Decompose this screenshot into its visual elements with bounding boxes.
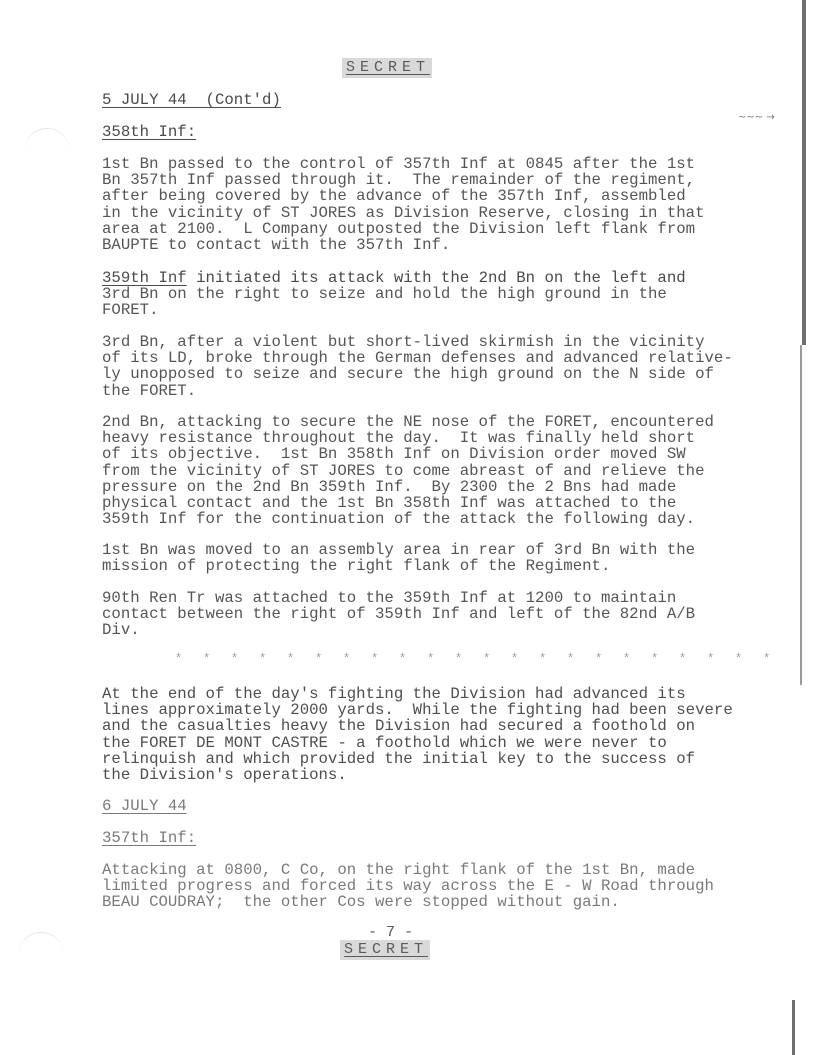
text-line: contact between the right of 359th Inf a… (102, 606, 695, 622)
unit-heading-357th: 357th Inf: (102, 830, 196, 846)
classification-header: SECRET (342, 58, 432, 78)
paragraph-359th-inf: 3rd Bn on the right to seize and hold th… (102, 286, 667, 318)
text-line: of its objective. 1st Bn 358th Inf on Di… (102, 446, 714, 462)
date-heading-6-july: 6 JULY 44 (102, 798, 187, 814)
text-line: heavy resistance throughout the day. It … (102, 430, 714, 446)
text-line: lines approximately 2000 yards. While th… (102, 702, 733, 718)
text-line: Bn 357th Inf passed through it. The rema… (102, 172, 705, 188)
text-line: relinquish and which provided the initia… (102, 751, 733, 767)
text-line: 1st Bn passed to the control of 357th In… (102, 156, 705, 172)
text-line: ly unopposed to seize and secure the hig… (102, 366, 733, 382)
text-line: BEAU COUDRAY; the other Cos were stopped… (102, 894, 714, 910)
text-line: the FORET DE MONT CASTRE - a foothold wh… (102, 735, 733, 751)
text-line: after being covered by the advance of th… (102, 188, 705, 204)
paragraph-1st-bn: 1st Bn was moved to an assembly area in … (102, 542, 695, 574)
text-line: 2nd Bn, attacking to secure the NE nose … (102, 414, 714, 430)
text-line: pressure on the 2nd Bn 359th Inf. By 230… (102, 479, 714, 495)
text-line: 1st Bn was moved to an assembly area in … (102, 542, 695, 558)
text-line: FORET. (102, 302, 667, 318)
date-heading-5-july: 5 JULY 44 (Cont'd) (102, 92, 281, 108)
punch-hole-top (24, 128, 70, 175)
paragraph-day-summary: At the end of the day's fighting the Div… (102, 686, 733, 783)
text-line: the FORET. (102, 383, 733, 399)
text-line: limited progress and forced its way acro… (102, 878, 714, 894)
text-line: BAUPTE to contact with the 357th Inf. (102, 237, 705, 253)
paragraph-359th-first-line: 359th Inf initiated its attack with the … (102, 270, 686, 286)
text-line: Div. (102, 622, 695, 638)
text-line: from the vicinity of ST JORES to come ab… (102, 463, 714, 479)
paragraph-357th-inf: Attacking at 0800, C Co, on the right fl… (102, 862, 714, 911)
paragraph-2nd-bn: 2nd Bn, attacking to secure the NE nose … (102, 414, 714, 527)
text-line: physical contact and the 1st Bn 358th In… (102, 495, 714, 511)
binding-edge-bar-faint (800, 345, 802, 685)
text-line: in the vicinity of ST JORES as Division … (102, 205, 705, 221)
punch-hole-bottom (18, 932, 64, 979)
text-line: 359th Inf for the continuation of the at… (102, 511, 714, 527)
text-line: At the end of the day's fighting the Div… (102, 686, 733, 702)
text-line: the Division's operations. (102, 767, 733, 783)
text-line: Attacking at 0800, C Co, on the right fl… (102, 862, 714, 878)
text-line: of its LD, broke through the German defe… (102, 350, 733, 366)
text-line: area at 2100. L Company outposted the Di… (102, 221, 705, 237)
text-line: 3rd Bn, after a violent but short-lived … (102, 334, 733, 350)
margin-mark: ~~~ → (738, 112, 775, 123)
text-line: mission of protecting the right flank of… (102, 558, 695, 574)
text-line: and the casualties heavy the Division ha… (102, 718, 733, 734)
section-separator: * * * * * * * * * * * * * * * * * * * * … (175, 652, 777, 666)
text-line: 90th Ren Tr was attached to the 359th In… (102, 590, 695, 606)
binding-edge-bar-bottom (792, 1000, 795, 1055)
paragraph-3rd-bn: 3rd Bn, after a violent but short-lived … (102, 334, 733, 399)
page-number: - 7 - (368, 924, 413, 941)
paragraph-90th-ren-tr: 90th Ren Tr was attached to the 359th In… (102, 590, 695, 639)
paragraph-358th-inf: 1st Bn passed to the control of 357th In… (102, 156, 705, 253)
unit-heading-358th: 358th Inf: (102, 124, 196, 140)
binding-edge-bar (802, 0, 806, 345)
text-line: 3rd Bn on the right to seize and hold th… (102, 286, 667, 302)
classification-footer: SECRET (340, 940, 430, 960)
document-page: ~~~ → SECRET 5 JULY 44 (Cont'd) 358th In… (0, 0, 815, 1055)
